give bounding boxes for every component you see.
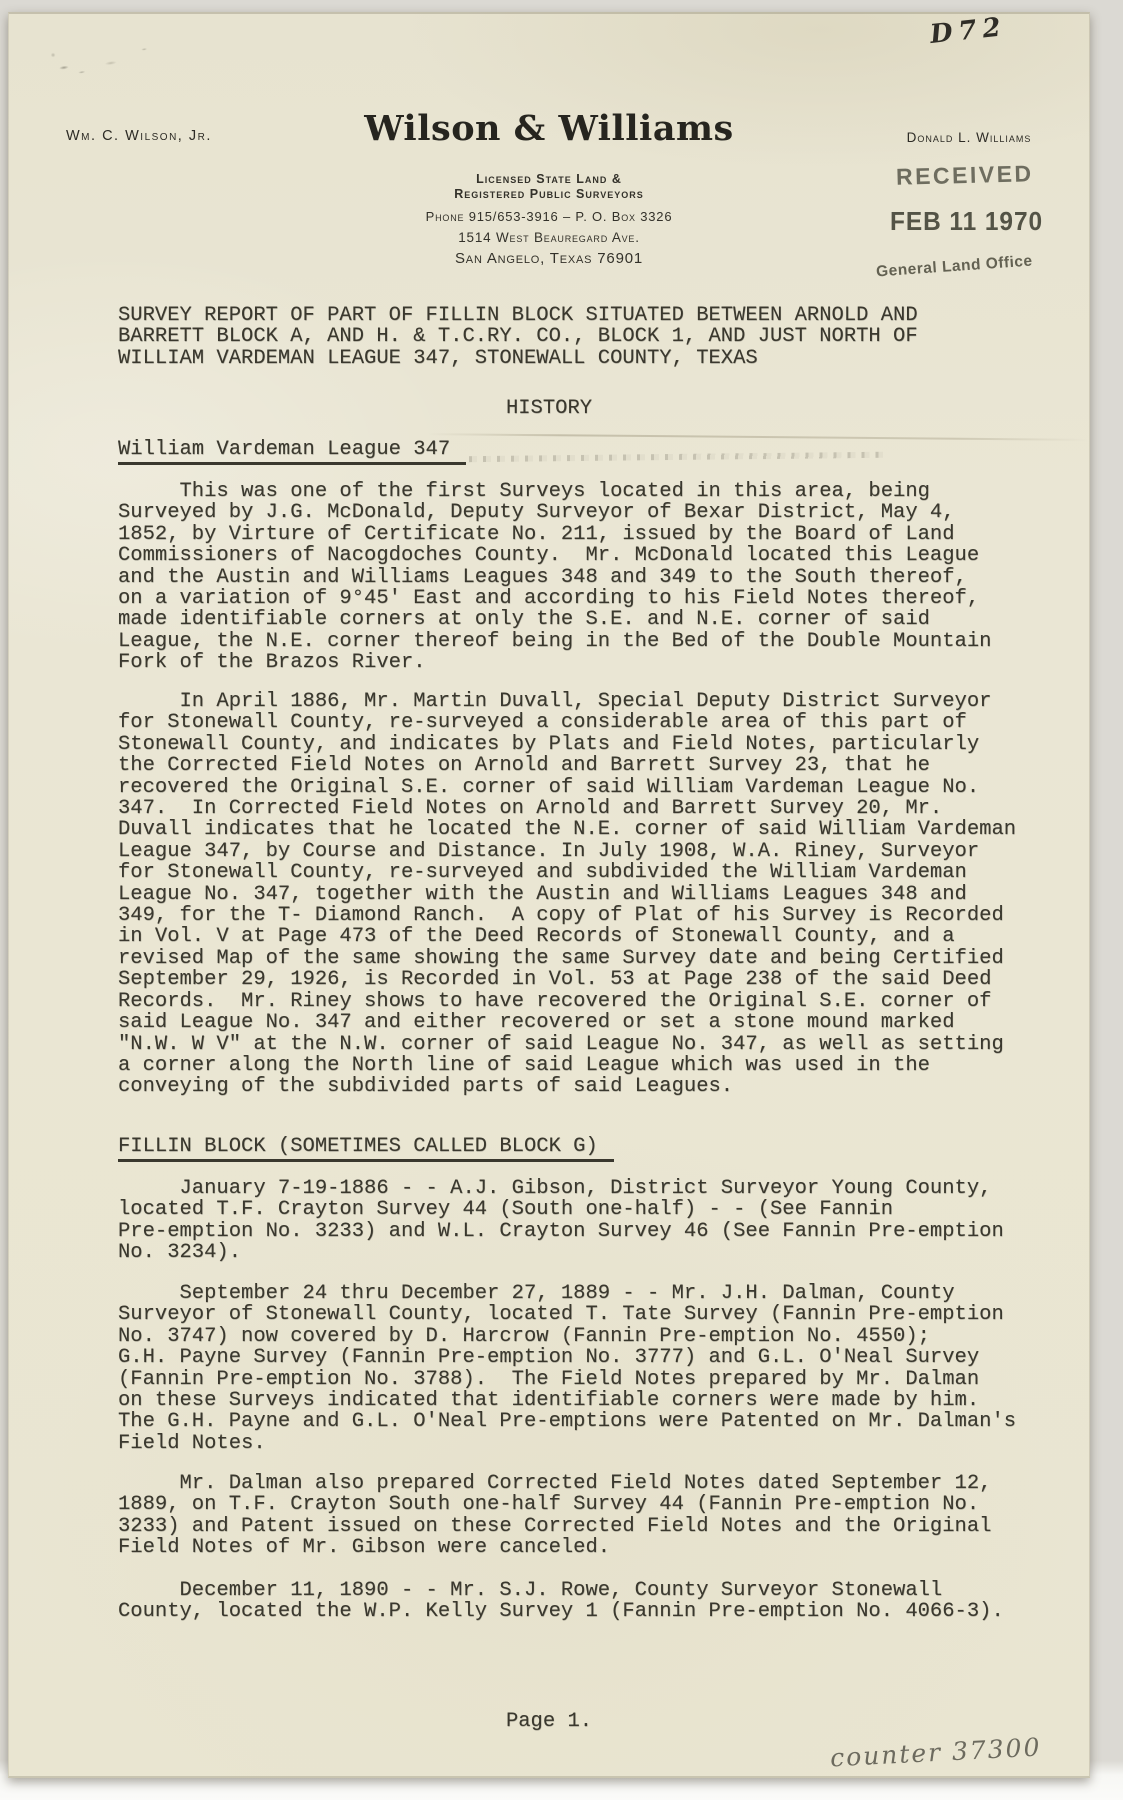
page-number: Page 1. bbox=[8, 1711, 1090, 1732]
history-heading: HISTORY bbox=[8, 398, 1090, 419]
paragraph-dalman-1889: September 24 thru December 27, 1889 - - … bbox=[118, 1283, 1016, 1454]
received-date-stamp: FEB 11 1970 bbox=[890, 206, 1043, 237]
section-heading-fillin-block: FILLIN BLOCK (SOMETIMES CALLED BLOCK G) bbox=[118, 1136, 614, 1162]
paragraph-gibson-1886: January 7-19-1886 - - A.J. Gibson, Distr… bbox=[118, 1178, 1004, 1264]
pencil-scribble bbox=[463, 452, 883, 462]
pencil-smudge bbox=[46, 30, 189, 83]
letterhead-right-name: Donald L. Williams bbox=[884, 130, 1054, 145]
document-page: D72 Wm. C. Wilson, Jr. Wilson & Williams… bbox=[8, 12, 1090, 1778]
section-heading-william-vardeman-league: William Vardeman League 347 bbox=[118, 439, 466, 465]
paper-crease bbox=[428, 433, 1088, 441]
paragraph-duvall-riney-resurvey: In April 1886, Mr. Martin Duvall, Specia… bbox=[118, 691, 1016, 1098]
paragraph-rowe-1890: December 11, 1890 - - Mr. S.J. Rowe, Cou… bbox=[118, 1580, 1004, 1623]
report-title: SURVEY REPORT OF PART OF FILLIN BLOCK SI… bbox=[118, 305, 918, 369]
received-stamp: RECEIVED bbox=[896, 160, 1034, 191]
handwritten-annotation-top-right: D72 bbox=[929, 12, 1008, 50]
scan-background: D72 Wm. C. Wilson, Jr. Wilson & Williams… bbox=[0, 0, 1123, 1800]
handwritten-annotation-bottom-right: counter 37300 bbox=[829, 1732, 1042, 1772]
paragraph-mcdonald-survey: This was one of the first Surveys locate… bbox=[118, 481, 991, 674]
paragraph-dalman-corrected-notes: Mr. Dalman also prepared Corrected Field… bbox=[118, 1473, 991, 1559]
